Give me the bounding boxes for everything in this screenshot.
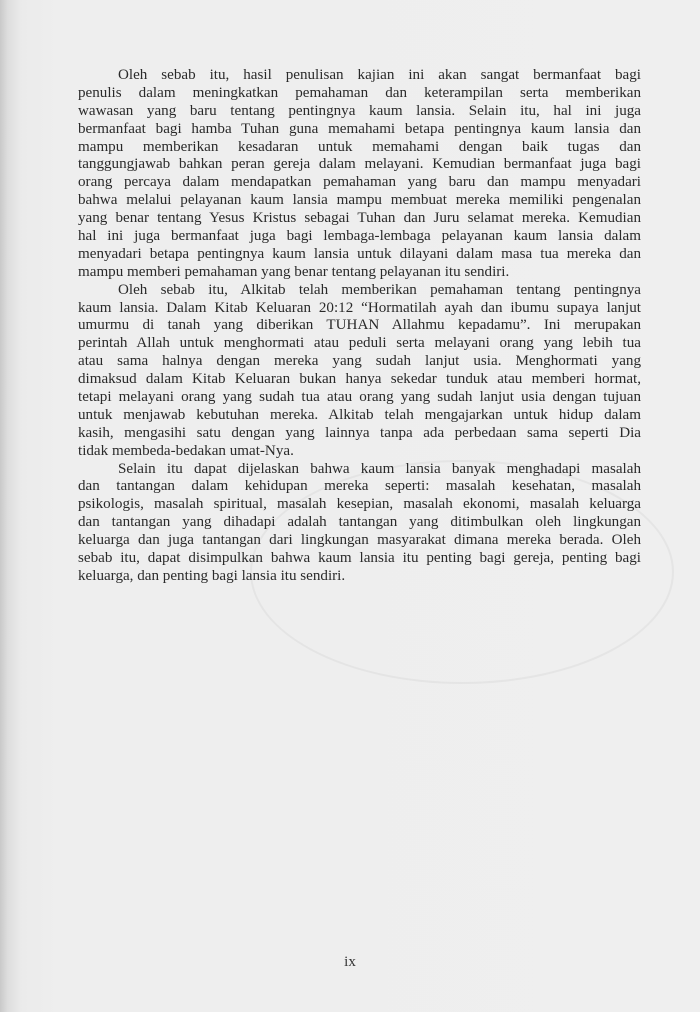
text-line: tidak membeda-bedakan umat-Nya. [78,443,641,461]
text-line: Selain itu dapat dijelaskan bahwa kaum l… [78,461,641,479]
text-line: psikologis, masalah spiritual, masalah k… [78,496,641,514]
text-line: bahwa melalui pelayanan kaum lansia mamp… [78,192,641,210]
document-body: Oleh sebab itu, hasil penulisan kajian i… [78,67,641,586]
text-line: Oleh sebab itu, hasil penulisan kajian i… [78,67,641,85]
text-line: orang percaya dalam mendapatkan pemahama… [78,174,641,192]
text-line: dan tantangan yang dihadapi adalah tanta… [78,514,641,532]
text-line: menyadari betapa pentingnya kaum lansia … [78,246,641,264]
text-line: Oleh sebab itu, Alkitab telah memberikan… [78,282,641,300]
text-line: sebab itu, dapat disimpulkan bahwa kaum … [78,550,641,568]
text-line: dan tantangan dalam kehidupan mereka sep… [78,478,641,496]
text-line: umurmu di tanah yang diberikan TUHAN All… [78,317,641,335]
text-line: dimaksud dalam Kitab Keluaran bukan hany… [78,371,641,389]
text-line: wawasan yang baru tentang pentingnya kau… [78,103,641,121]
text-line: untuk menjawab kebutuhan mereka. Alkitab… [78,407,641,425]
text-line: keluarga, dan penting bagi lansia itu se… [78,568,641,586]
text-line: keluarga dan juga tantangan dari lingkun… [78,532,641,550]
page-number: ix [0,954,700,971]
text-line: mampu memberikan kesadaran untuk memaham… [78,139,641,157]
text-line: kaum lansia. Dalam Kitab Keluaran 20:12 … [78,300,641,318]
text-line: hal ini juga bermanfaat juga bagi lembag… [78,228,641,246]
text-line: bermanfaat bagi hamba Tuhan guna memaham… [78,121,641,139]
paragraph-3: Selain itu dapat dijelaskan bahwa kaum l… [78,461,641,586]
text-line: perintah Allah untuk menghormati atau pe… [78,335,641,353]
text-line: penulis dalam meningkatkan pemahaman dan… [78,85,641,103]
text-line: tanggungjawab bahkan peran gereja dalam … [78,156,641,174]
text-line: tetapi melayani orang yang sudah tua ata… [78,389,641,407]
text-line: yang benar tentang Yesus Kristus sebagai… [78,210,641,228]
text-line: mampu memberi pemahaman yang benar tenta… [78,264,641,282]
text-line: atau sama halnya dengan mereka yang suda… [78,353,641,371]
paragraph-1: Oleh sebab itu, hasil penulisan kajian i… [78,67,641,282]
paragraph-2: Oleh sebab itu, Alkitab telah memberikan… [78,282,641,461]
text-line: kasih, mengasihi satu dengan yang lainny… [78,425,641,443]
